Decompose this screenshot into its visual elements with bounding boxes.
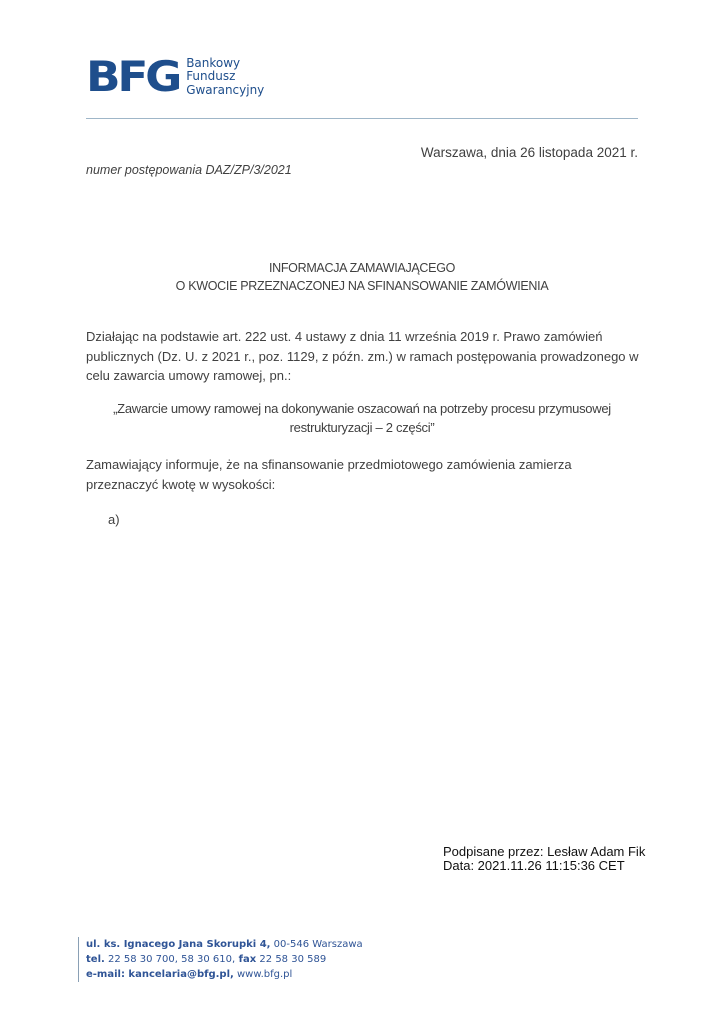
footer-email: e-mail: kancelaria@bfg.pl, www.bfg.pl [86, 967, 363, 982]
paragraph-legal-basis: Działając na podstawie art. 222 ust. 4 u… [86, 327, 646, 386]
case-number: numer postępowania DAZ/ZP/3/2021 [86, 163, 292, 177]
digital-signature: Podpisane przez: Lesław Adam Fik Data: 2… [443, 845, 645, 872]
logo-line-1: Bankowy [186, 57, 264, 71]
footer-contact: ul. ks. Ignacego Jana Skorupki 4, 00-546… [78, 937, 363, 982]
logo-line-3: Gwarancyjny [186, 84, 264, 98]
footer-phone: tel. 22 58 30 700, 58 30 610, fax 22 58 … [86, 952, 363, 967]
footer-address-street: ul. ks. Ignacego Jana Skorupki 4, [86, 939, 270, 950]
footer-fax-label: fax [235, 954, 256, 965]
paragraph-funding-info: Zamawiający informuje, że na sfinansowan… [86, 455, 646, 494]
footer-tel-label: tel. [86, 954, 105, 965]
logo-mark: BFG [86, 56, 179, 98]
title-line-1: INFORMACJA ZAMAWIAJĄCEGO [0, 259, 724, 277]
logo-text: Bankowy Fundusz Gwarancyjny [186, 57, 264, 98]
document-title: INFORMACJA ZAMAWIAJĄCEGO O KWOCIE PRZEZN… [0, 259, 724, 295]
header-divider [86, 118, 638, 119]
footer-website-link[interactable]: www.bfg.pl [234, 969, 293, 980]
footer-address-city: 00-546 Warszawa [270, 939, 362, 950]
footer-tel-numbers: 22 58 30 700, 58 30 610, [105, 954, 235, 965]
bfg-logo: BFG Bankowy Fundusz Gwarancyjny [86, 56, 264, 98]
footer-address: ul. ks. Ignacego Jana Skorupki 4, 00-546… [86, 937, 363, 952]
footer-fax-number: 22 58 30 589 [256, 954, 326, 965]
document-date: Warszawa, dnia 26 listopada 2021 r. [421, 145, 638, 160]
footer-email-link[interactable]: e-mail: kancelaria@bfg.pl, [86, 969, 234, 980]
signature-date: Data: 2021.11.26 11:15:36 CET [443, 859, 645, 873]
signature-signed-by: Podpisane przez: Lesław Adam Fik [443, 845, 645, 859]
contract-name-quote: „Zawarcie umowy ramowej na dokonywanie o… [100, 399, 624, 437]
logo-line-2: Fundusz [186, 70, 264, 84]
list-item-a: a) [108, 512, 120, 527]
title-line-2: O KWOCIE PRZEZNACZONEJ NA SFINANSOWANIE … [0, 277, 724, 295]
